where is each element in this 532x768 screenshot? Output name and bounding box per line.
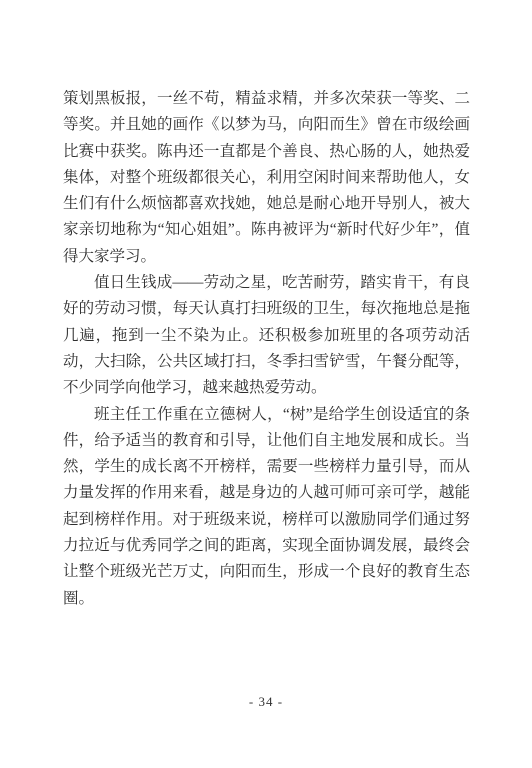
- body-text: 策划黑板报，一丝不苟，精益求精，并多次荣获一等奖、二等奖。并且她的画作《以梦为马…: [63, 86, 470, 612]
- document-page: 策划黑板报，一丝不苟，精益求精，并多次荣获一等奖、二等奖。并且她的画作《以梦为马…: [0, 0, 532, 768]
- page-number: - 34 -: [0, 694, 532, 710]
- paragraph-1: 策划黑板报，一丝不苟，精益求精，并多次荣获一等奖、二等奖。并且她的画作《以梦为马…: [63, 86, 470, 270]
- paragraph-3: 班主任工作重在立德树人，“树”是给学生创设适宜的条件，给予适当的教育和引导，让他…: [63, 402, 470, 612]
- paragraph-2: 值日生钱成——劳动之星，吃苦耐劳，踏实肯干，有良好的劳动习惯，每天认真打扫班级的…: [63, 270, 470, 401]
